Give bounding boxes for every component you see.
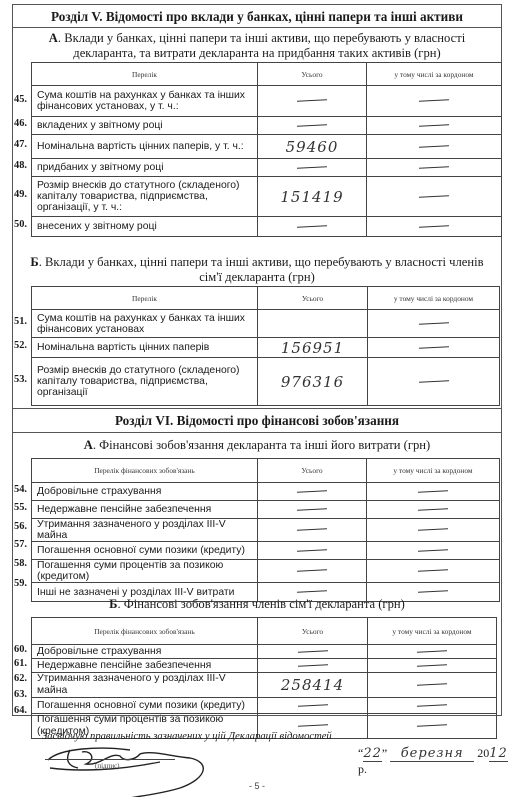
dash-mark <box>297 528 327 531</box>
part-title-text: . Фінансові зобов'язання членів сім'ї де… <box>118 597 405 611</box>
data-table: ПерелікУсьогоу тому числі за кордономСум… <box>31 286 500 406</box>
abroad-value-cell[interactable] <box>367 560 500 583</box>
abroad-value-cell[interactable] <box>368 358 500 406</box>
part-title-text: . Фінансові зобов'язання декларанта та і… <box>93 438 430 452</box>
abroad-value-cell[interactable] <box>367 117 502 135</box>
date-year-prefix: 20 <box>477 746 489 760</box>
row-label: Добровільне страхування <box>32 483 258 501</box>
dash-mark <box>297 99 327 102</box>
table-row: Номінальна вартість цінних паперів156951 <box>32 338 500 358</box>
column-header: у тому числі за кордоном <box>368 287 500 310</box>
row-number: 50. <box>14 219 31 230</box>
total-value-cell[interactable] <box>258 310 368 338</box>
total-value-cell[interactable] <box>258 645 368 659</box>
abroad-value-cell[interactable] <box>367 519 500 542</box>
signature-line <box>45 759 175 760</box>
dash-mark <box>418 569 448 572</box>
data-table: Перелік фінансових зобов'язаньУсьогоу то… <box>31 458 500 602</box>
abroad-value-cell[interactable] <box>368 645 497 659</box>
dash-mark <box>419 145 449 148</box>
handwritten-value: 976316 <box>281 373 344 391</box>
dash-mark <box>418 590 448 593</box>
row-label: Сума коштів на рахунках у банках та інши… <box>32 310 258 338</box>
row-number: 47. <box>14 139 31 150</box>
row-number: 51. <box>14 316 31 327</box>
table-row: Добровільне страхування <box>32 645 497 659</box>
row-number: 62. <box>14 673 31 684</box>
dash-mark <box>419 166 449 169</box>
dash-mark <box>297 704 327 707</box>
dash-mark <box>297 124 327 127</box>
table-row: Погашення суми процентів за позикою (кре… <box>32 560 500 583</box>
section-5b-title: Б. Вклади у банках, цінні папери та інші… <box>12 255 502 285</box>
row-number: 59. <box>14 578 31 589</box>
row-label: Добровільне страхування <box>32 645 258 659</box>
data-table: ПерелікУсьогоу тому числі за кордономСум… <box>31 62 502 237</box>
part-title-text-2: декларанта, та витрати декларанта на при… <box>73 46 440 60</box>
row-number: 56. <box>14 521 31 532</box>
dash-mark <box>297 590 327 593</box>
signature-date: “22” березня 2012р. <box>358 746 514 777</box>
table-row: внесених у звітному році <box>32 217 502 237</box>
dash-mark <box>297 490 327 493</box>
row-number: 57. <box>14 539 31 550</box>
divider <box>12 408 502 409</box>
dash-mark <box>419 195 449 198</box>
row-number: 63. <box>14 689 31 700</box>
column-header: Перелік <box>32 287 258 310</box>
divider <box>12 27 502 28</box>
row-number: 49. <box>14 189 31 200</box>
abroad-value-cell[interactable] <box>367 217 502 237</box>
part-letter: А <box>49 31 58 45</box>
row-label: Недержавне пенсійне забезпечення <box>32 659 258 673</box>
table-row: придбаних у звітному році <box>32 159 502 177</box>
date-year-suffix: 12 <box>489 746 508 762</box>
table-header-row: ПерелікУсьогоу тому числі за кордоном <box>32 63 502 86</box>
dash-mark <box>418 528 448 531</box>
abroad-value-cell[interactable] <box>368 673 497 698</box>
row-label: Розмір внесків до статутного (складеного… <box>32 177 258 217</box>
table-header-row: Перелік фінансових зобов'язаньУсьогоу то… <box>32 459 500 483</box>
date-year-unit: р. <box>358 762 367 776</box>
table-row: Розмір внесків до статутного (складеного… <box>32 358 500 406</box>
table-row: Добровільне страхування <box>32 483 500 501</box>
row-label: Погашення основної суми позики (кредиту) <box>32 542 258 560</box>
section-6b-title: Б. Фінансові зобов'язання членів сім'ї д… <box>12 597 502 612</box>
abroad-value-cell[interactable] <box>367 501 500 519</box>
total-value-cell[interactable] <box>258 501 367 519</box>
dash-mark <box>418 346 448 349</box>
row-label: Утримання зазначеного у розділах III-V м… <box>32 673 258 698</box>
abroad-value-cell[interactable] <box>368 338 500 358</box>
abroad-value-cell[interactable] <box>367 483 500 501</box>
dash-mark <box>419 225 449 228</box>
section-6a-title: А. Фінансові зобов'язання декларанта та … <box>12 438 502 453</box>
table-header-row: Перелік фінансових зобов'язаньУсьогоу то… <box>32 618 497 645</box>
total-value-cell[interactable] <box>258 483 367 501</box>
total-value-cell[interactable]: 151419 <box>258 177 367 217</box>
total-value-cell[interactable] <box>258 659 368 673</box>
total-value-cell[interactable]: 258414 <box>258 673 368 698</box>
data-table: Перелік фінансових зобов'язаньУсьогоу то… <box>31 617 497 739</box>
dash-mark <box>417 724 447 727</box>
date-month: березня <box>390 746 474 762</box>
total-value-cell[interactable]: 59460 <box>258 135 367 159</box>
dash-mark <box>297 225 327 228</box>
part-letter: Б <box>109 597 117 611</box>
row-label: Номінальна вартість цінних паперів, у т.… <box>32 135 258 159</box>
dash-mark <box>417 704 447 707</box>
dash-mark <box>297 650 327 653</box>
divider <box>12 432 502 433</box>
table-row: вкладених у звітному році <box>32 117 502 135</box>
dash-mark <box>297 508 327 511</box>
table-row: Утримання зазначеного у розділах III-V м… <box>32 673 497 698</box>
total-value-cell[interactable] <box>258 519 367 542</box>
row-label: Утримання зазначеного у розділах III-V м… <box>32 519 258 542</box>
date-day: 22 <box>363 746 382 762</box>
column-header: у тому числі за кордоном <box>367 63 502 86</box>
dash-mark <box>297 664 327 667</box>
row-number: 48. <box>14 160 31 171</box>
abroad-value-cell[interactable] <box>368 714 497 739</box>
page-number: - 5 - <box>0 781 514 791</box>
part-title-text-2: сім'ї декларанта (грн) <box>199 270 315 284</box>
signature-label: (підпис) <box>95 762 120 770</box>
total-value-cell[interactable] <box>258 542 367 560</box>
total-value-cell[interactable] <box>258 159 367 177</box>
row-number: 55. <box>14 502 31 513</box>
column-header: Усього <box>258 618 368 645</box>
dash-mark <box>297 569 327 572</box>
row-label: Погашення основної суми позики (кредиту) <box>32 698 258 714</box>
abroad-value-cell[interactable] <box>367 135 502 159</box>
section-5a-title: А. Вклади у банках, цінні папери та інші… <box>12 31 502 61</box>
row-label: придбаних у звітному році <box>32 159 258 177</box>
dash-mark <box>418 549 448 552</box>
dash-mark <box>297 724 327 727</box>
handwritten-value: 156951 <box>281 339 344 357</box>
total-value-cell[interactable] <box>258 86 367 117</box>
column-header: Перелік фінансових зобов'язань <box>32 618 258 645</box>
row-label: вкладених у звітному році <box>32 117 258 135</box>
section-6-title: Розділ VI. Відомості про фінансові зобов… <box>12 413 502 429</box>
total-value-cell[interactable] <box>258 698 368 714</box>
dash-mark <box>297 549 327 552</box>
abroad-value-cell[interactable] <box>368 698 497 714</box>
row-number: 60. <box>14 644 31 655</box>
abroad-value-cell[interactable] <box>368 659 497 673</box>
handwritten-value: 151419 <box>280 188 343 206</box>
total-value-cell[interactable]: 156951 <box>258 338 368 358</box>
row-label: Номінальна вартість цінних паперів <box>32 338 258 358</box>
dash-mark <box>418 508 448 511</box>
dash-mark <box>419 124 449 127</box>
row-number: 46. <box>14 118 31 129</box>
total-value-cell[interactable]: 976316 <box>258 358 368 406</box>
part-title-text: . Вклади у банках, цінні папери та інші … <box>39 255 484 269</box>
dash-mark <box>418 322 448 325</box>
total-value-cell[interactable] <box>258 560 367 583</box>
dash-mark <box>417 650 447 653</box>
table-header-row: ПерелікУсьогоу тому числі за кордоном <box>32 287 500 310</box>
column-header: у тому числі за кордоном <box>367 459 500 483</box>
row-number: 54. <box>14 484 31 495</box>
row-number: 53. <box>14 374 31 385</box>
row-number: 64. <box>14 705 31 716</box>
row-label: Сума коштів на рахунках у банках та інши… <box>32 86 258 117</box>
table-row: Погашення основної суми позики (кредиту) <box>32 542 500 560</box>
row-label: Погашення суми процентів за позикою (кре… <box>32 560 258 583</box>
part-letter: А <box>84 438 93 452</box>
abroad-value-cell[interactable] <box>368 310 500 338</box>
dash-mark <box>418 490 448 493</box>
table-row: Погашення основної суми позики (кредиту) <box>32 698 497 714</box>
table-row: Недержавне пенсійне забезпечення <box>32 659 497 673</box>
table-row: Розмір внесків до статутного (складеного… <box>32 177 502 217</box>
abroad-value-cell[interactable] <box>367 86 502 117</box>
dash-mark <box>417 683 447 686</box>
abroad-value-cell[interactable] <box>367 177 502 217</box>
row-label: Розмір внесків до статутного (складеного… <box>32 358 258 406</box>
handwritten-value: 59460 <box>286 138 339 156</box>
column-header: Усього <box>258 63 367 86</box>
row-label: Недержавне пенсійне забезпечення <box>32 501 258 519</box>
row-number: 45. <box>14 94 31 105</box>
total-value-cell[interactable] <box>258 117 367 135</box>
part-title-text: . Вклади у банках, цінні папери та інші … <box>58 31 465 45</box>
row-number: 52. <box>14 340 31 351</box>
handwritten-value: 258414 <box>281 676 344 694</box>
column-header: у тому числі за кордоном <box>368 618 497 645</box>
row-label: внесених у звітному році <box>32 217 258 237</box>
abroad-value-cell[interactable] <box>367 542 500 560</box>
dash-mark <box>297 166 327 169</box>
table-row: Номінальна вартість цінних паперів, у т.… <box>32 135 502 159</box>
table-row: Недержавне пенсійне забезпечення <box>32 501 500 519</box>
column-header: Перелік фінансових зобов'язань <box>32 459 258 483</box>
dash-mark <box>417 664 447 667</box>
column-header: Усього <box>258 287 368 310</box>
abroad-value-cell[interactable] <box>367 159 502 177</box>
dash-mark <box>418 380 448 383</box>
table-row: Сума коштів на рахунках у банках та інши… <box>32 310 500 338</box>
section-5-title: Розділ V. Відомості про вклади у банках,… <box>12 9 502 25</box>
table-row: Утримання зазначеного у розділах III-V м… <box>32 519 500 542</box>
column-header: Перелік <box>32 63 258 86</box>
row-number: 61. <box>14 658 31 669</box>
dash-mark <box>419 99 449 102</box>
table-row: Сума коштів на рахунках у банках та інши… <box>32 86 502 117</box>
total-value-cell[interactable] <box>258 217 367 237</box>
part-letter: Б <box>30 255 38 269</box>
column-header: Усього <box>258 459 367 483</box>
row-number: 58. <box>14 558 31 569</box>
